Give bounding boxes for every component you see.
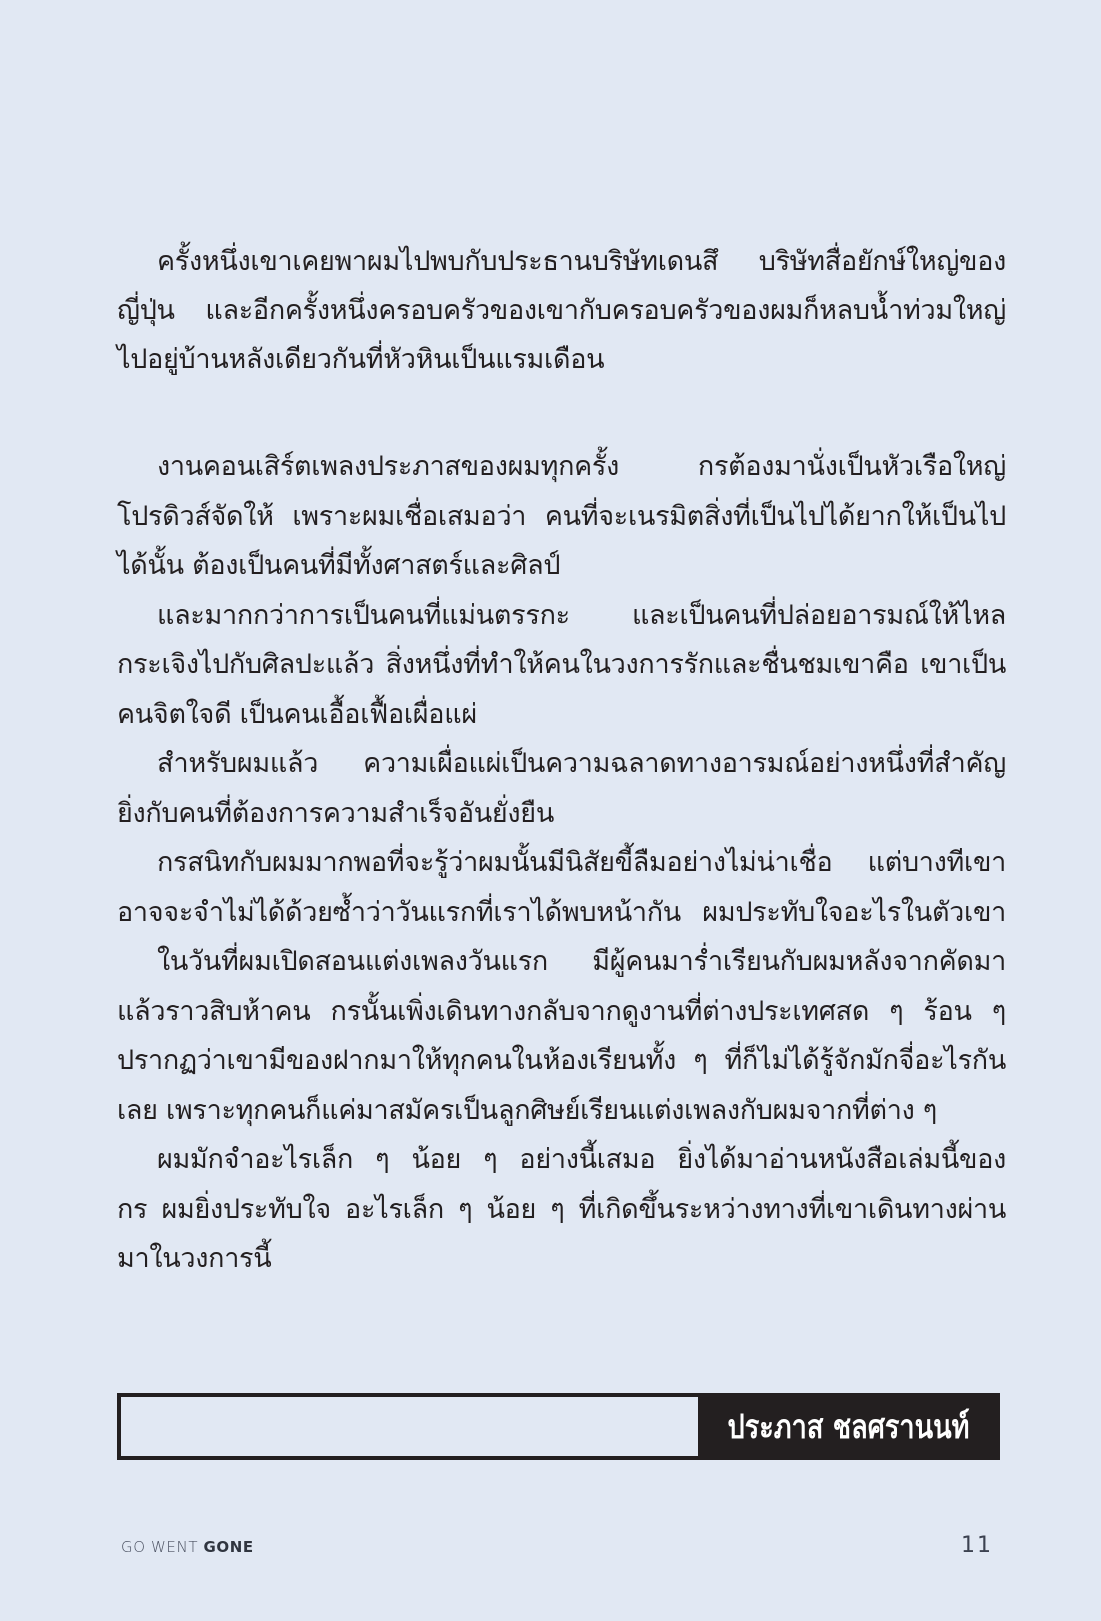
body-line: เลย เพราะทุกคนก็แค่มาสมัครเป็นลูกศิษย์เร…: [117, 1086, 1006, 1136]
body-line: และมากกว่าการเป็นคนที่แม่นตรรกะ และเป็นค…: [157, 591, 1006, 641]
body-line: กรสนิทกับผมมากพอที่จะรู้ว่าผมนั้นมีนิสัย…: [157, 838, 1006, 888]
author-name: ประภาส ชลศรานนท์: [728, 1400, 970, 1453]
body-line: งานคอนเสิร์ตเพลงประภาสของผมทุกครั้ง กรต้…: [157, 442, 1006, 492]
body-line: ในวันที่ผมเปิดสอนแต่งเพลงวันแรก มีผู้คนม…: [157, 937, 1006, 987]
body-line: ปรากฏว่าเขามีของฝากมาให้ทุกคนในห้องเรียน…: [117, 1036, 1006, 1086]
book-title-light: GO WENT: [121, 1538, 203, 1556]
body-line: สำหรับผมแล้ว ความเผื่อแผ่เป็นความฉลาดทาง…: [157, 739, 1006, 789]
body-line: มาในวงการนี้: [117, 1234, 1006, 1284]
page-number: 11: [961, 1533, 993, 1558]
book-page: ครั้งหนึ่งเขาเคยพาผมไปพบกับประธานบริษัทเ…: [0, 0, 1101, 1621]
book-title-footer: GO WENT GONE: [121, 1538, 254, 1556]
author-name-box: ประภาส ชลศรานนท์: [698, 1393, 1000, 1460]
body-line: ครั้งหนึ่งเขาเคยพาผมไปพบกับประธานบริษัทเ…: [157, 237, 1006, 287]
body-line: ผมมักจำอะไรเล็ก ๆ น้อย ๆ อย่างนี้เสมอ ยิ…: [157, 1135, 1006, 1185]
body-line: โปรดิวส์จัดให้ เพราะผมเชื่อเสมอว่า คนที่…: [117, 492, 1006, 542]
body-line: กระเจิงไปกับศิลปะแล้ว สิ่งหนึ่งที่ทำให้ค…: [117, 640, 1006, 690]
body-line: อาจจะจำไม่ได้ด้วยซ้ำว่าวันแรกที่เราได้พบ…: [117, 888, 1006, 938]
body-line: ไปอยู่บ้านหลังเดียวกันที่หัวหินเป็นแรมเด…: [117, 335, 1006, 385]
body-line: ยิ่งกับคนที่ต้องการความสำเร็จอันยั่งยืน: [117, 789, 1006, 839]
body-line: คนจิตใจดี เป็นคนเอื้อเฟื้อเผื่อแผ่: [117, 690, 1006, 740]
body-line: แล้วราวสิบห้าคน กรนั้นเพิ่งเดินทางกลับจา…: [117, 987, 1006, 1037]
body-line: ได้นั้น ต้องเป็นคนที่มีทั้งศาสตร์และศิลป…: [117, 541, 1006, 591]
book-title-bold: GONE: [203, 1538, 253, 1556]
body-line: กร ผมยิ่งประทับใจ อะไรเล็ก ๆ น้อย ๆ ที่เ…: [117, 1185, 1006, 1235]
author-signature-box: ประภาส ชลศรานนท์: [117, 1393, 1000, 1460]
signature-frame: [117, 1393, 700, 1460]
body-line: ญี่ปุ่น และอีกครั้งหนึ่งครอบครัวของเขากั…: [117, 286, 1006, 336]
